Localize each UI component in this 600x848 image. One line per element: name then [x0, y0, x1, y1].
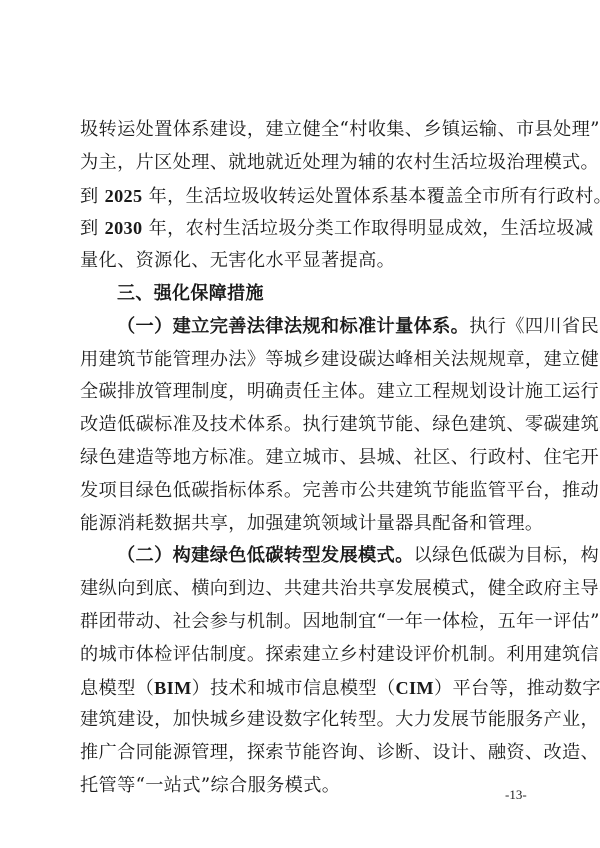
text-line: 全碳排放管理制度，明确责任主体。建立工程规划设计施工运行	[80, 376, 526, 409]
text-line: 推广合同能源管理，探索节能咨询、诊断、设计、融资、改造、	[80, 737, 526, 770]
text-fragment: 到	[80, 218, 105, 239]
section-heading: 三、强化保障措施	[80, 278, 526, 311]
text-fragment: ）平台等，推动数字	[434, 678, 600, 699]
text-fragment: 年，农村生活垃圾分类工作取得明显成效，生活垃圾减	[142, 218, 593, 239]
year-2025: 2025	[105, 186, 143, 206]
subsection-1-title: （一）建立完善法律法规和标准计量体系。	[117, 316, 469, 337]
text-line: 绿色建造等地方标准。建立城市、县城、社区、行政村、住宅开	[80, 442, 526, 475]
text-fragment: 息模型（	[80, 678, 154, 699]
text-fragment: 年，生活垃圾收转运处置体系基本覆盖全市所有行政村。	[142, 186, 600, 207]
text-fragment: 以绿色低碳为目标，构	[414, 545, 599, 566]
cim-acronym: CIM	[396, 678, 434, 698]
text-line: 为主，片区处理、就地就近处理为辅的农村生活垃圾治理模式。	[80, 147, 526, 180]
text-line: 建纵向到底、横向到边、共建共治共享发展模式，健全政府主导、	[80, 573, 526, 606]
text-fragment: 执行《四川省民	[469, 316, 599, 337]
text-line: 的城市体检评估制度。探索建立乡村建设评价机制。利用建筑信	[80, 639, 526, 672]
subsection-1-first-line: （一）建立完善法律法规和标准计量体系。执行《四川省民	[80, 311, 526, 344]
text-line: 改造低碳标准及技术体系。执行建筑节能、绿色建筑、零碳建筑、	[80, 409, 526, 442]
subsection-2-first-line: （二）构建绿色低碳转型发展模式。以绿色低碳为目标，构	[80, 540, 526, 573]
text-line: 能源消耗数据共享，加强建筑领域计量器具配备和管理。	[80, 508, 526, 541]
document-page: 圾转运处置体系建设，建立健全“村收集、乡镇运输、市县处理” 为主，片区处理、就地…	[80, 114, 526, 803]
subsection-2-title: （二）构建绿色低碳转型发展模式。	[117, 545, 414, 566]
text-fragment: ）技术和城市信息模型（	[192, 678, 396, 699]
text-line: 量化、资源化、无害化水平显著提高。	[80, 245, 526, 278]
text-line: 到 2025 年，生活垃圾收转运处置体系基本覆盖全市所有行政村。	[80, 180, 526, 213]
text-line: 群团带动、社会参与机制。因地制宜“一年一体检，五年一评估”	[80, 606, 526, 639]
text-line: 建筑建设，加快城乡建设数字化转型。大力发展节能服务产业，	[80, 704, 526, 737]
text-line: 用建筑节能管理办法》等城乡建设碳达峰相关法规规章，建立健	[80, 344, 526, 377]
page-number: -13-	[505, 787, 527, 803]
year-2030: 2030	[105, 218, 143, 238]
bim-acronym: BIM	[154, 678, 191, 698]
text-line: 到 2030 年，农村生活垃圾分类工作取得明显成效，生活垃圾减	[80, 212, 526, 245]
text-line: 发项目绿色低碳指标体系。完善市公共建筑节能监管平台，推动	[80, 475, 526, 508]
text-line: 圾转运处置体系建设，建立健全“村收集、乡镇运输、市县处理”	[80, 114, 526, 147]
text-line: 托管等“一站式”综合服务模式。	[80, 770, 526, 803]
text-line: 息模型（BIM）技术和城市信息模型（CIM）平台等，推动数字	[80, 672, 526, 705]
text-fragment: 到	[80, 186, 105, 207]
